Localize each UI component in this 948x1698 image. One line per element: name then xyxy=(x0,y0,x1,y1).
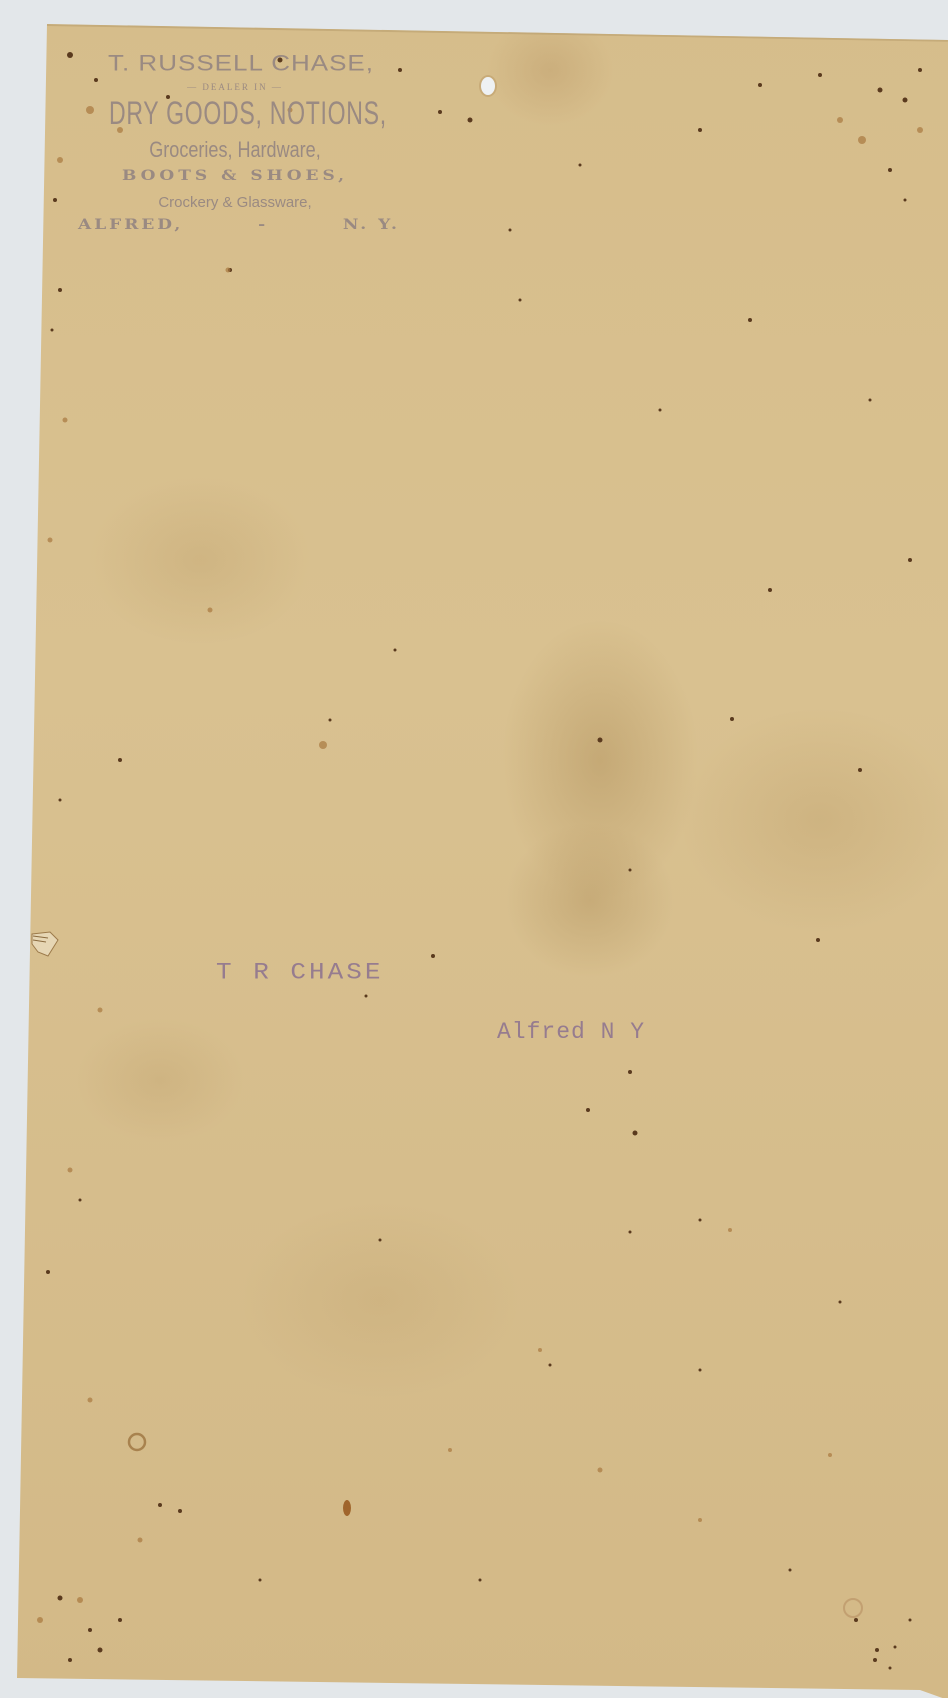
location-dash: - xyxy=(258,219,268,233)
merchant-location: ALFRED, - N. Y. xyxy=(60,219,410,233)
printed-letterhead: T. RUSSELL CHASE, — DEALER IN — DRY GOOD… xyxy=(60,50,410,234)
dealer-in-label: — DEALER IN — xyxy=(60,83,410,92)
goods-line-4: Crockery & Glassware, xyxy=(60,195,410,210)
aged-trade-card: T. RUSSELL CHASE, — DEALER IN — DRY GOOD… xyxy=(0,0,948,1698)
stamped-name: T R CHASE xyxy=(216,959,383,986)
merchant-name: T. RUSSELL CHASE, xyxy=(72,52,410,74)
punch-hole xyxy=(481,77,495,95)
town-label: ALFRED, xyxy=(78,219,183,233)
stamped-address: Alfred N Y xyxy=(497,1019,645,1045)
goods-line-3: BOOTS & SHOES, xyxy=(60,170,410,184)
state-label: N. Y. xyxy=(343,219,400,233)
goods-line-2: Groceries, Hardware, xyxy=(92,139,379,161)
foxing-spots xyxy=(0,0,948,1698)
goods-line-1: DRY GOODS, NOTIONS, xyxy=(109,97,361,129)
paper-tear xyxy=(30,930,60,960)
